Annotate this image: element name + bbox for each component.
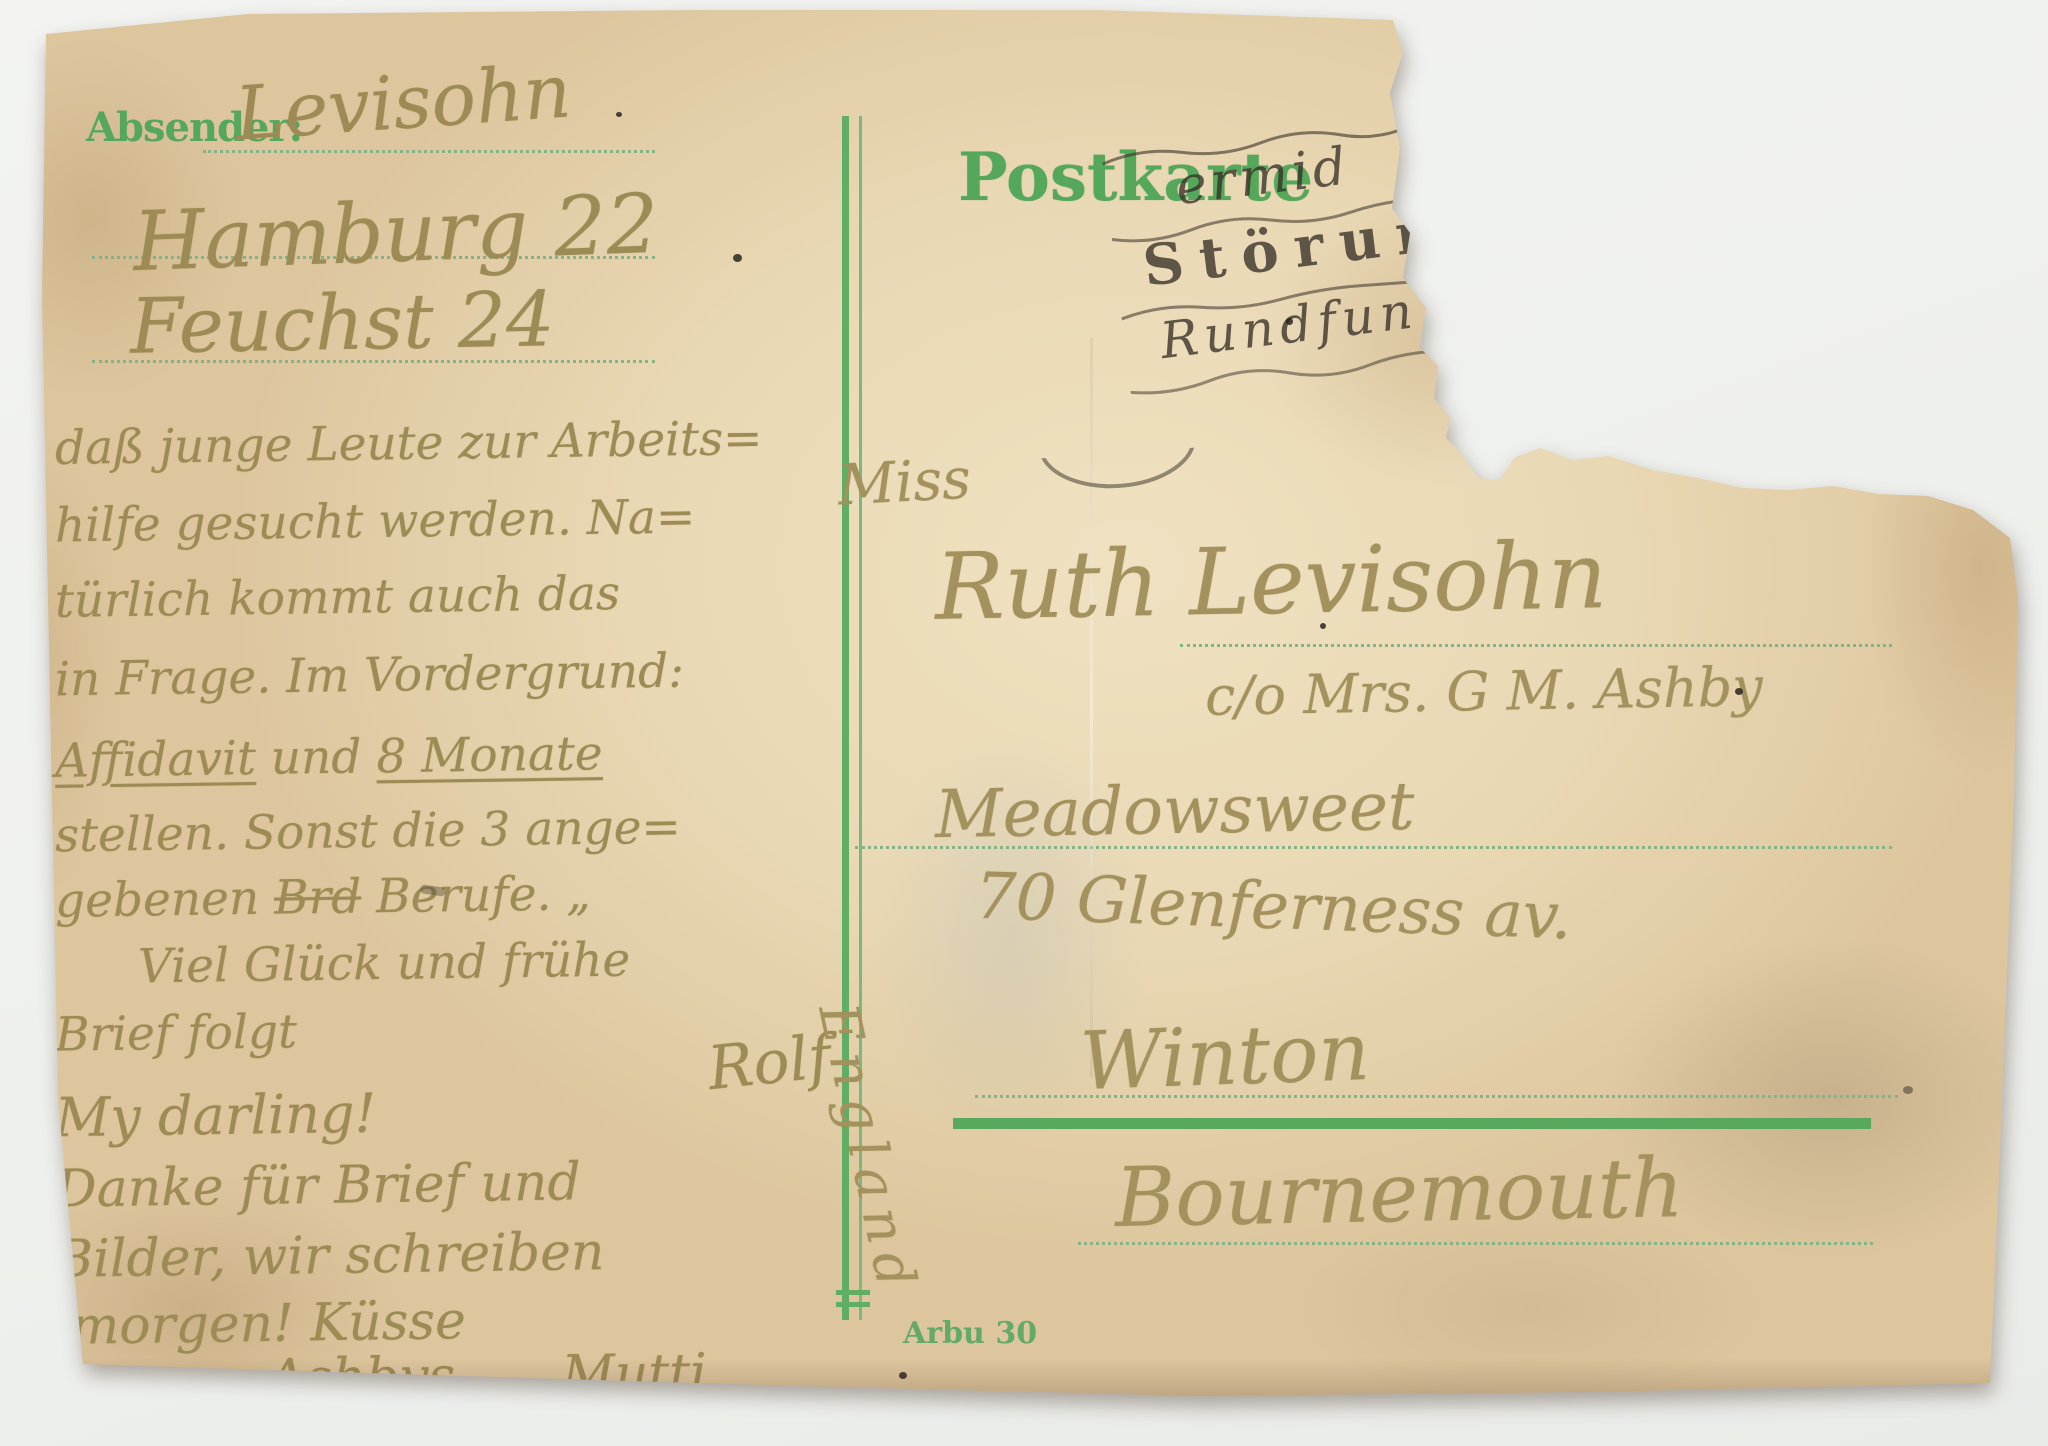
ink-smear [1477, 433, 1535, 462]
message-word: gebenen [55, 871, 275, 929]
address-dotted-line-1 [1180, 644, 1892, 647]
ink-speck [733, 254, 742, 262]
ink-speck [1735, 688, 1743, 695]
scan-background: { "card": { "title": "Postkarte", "impri… [0, 0, 2048, 1446]
printer-imprint: Arbu 30 [903, 1316, 1037, 1351]
postmark-date-circle-arc [1035, 391, 1199, 494]
message-line: türlich kommt auch das [55, 566, 621, 629]
closing-word: Ashbys. [268, 1346, 472, 1409]
message-line-berufe: gebenen Brd Berufe. „ [55, 866, 591, 928]
address-recipient-name: Ruth Levisohn [934, 522, 1608, 641]
signature-mutti: Mutti. [561, 1343, 724, 1405]
crossed-out-word: Brd [274, 869, 362, 925]
ink-speck [1286, 318, 1293, 325]
address-street: 70 Glenferness av. [974, 860, 1573, 955]
address-care-of: c/o Mrs. G M. Ashby [1204, 655, 1763, 728]
message-line: stellen. Sonst die 3 ange= [55, 800, 682, 864]
address-city: Bournemouth [1114, 1141, 1684, 1246]
message-word: und [255, 729, 376, 786]
message-line: Bilder, wir schreiben [55, 1222, 605, 1290]
ink-speck [1903, 1086, 1913, 1094]
address-country-vertical: England [806, 998, 929, 1302]
ink-speck [899, 1372, 907, 1379]
sender-name-handwriting: Levisohn [232, 48, 573, 157]
divider-end-dash [836, 1302, 870, 1307]
message-line: Viel Glück und frühe [138, 933, 631, 995]
sender-street-handwriting: Feuchst 24 [129, 274, 555, 370]
address-district: Winton [1078, 1005, 1371, 1108]
paper-crease [1090, 338, 1093, 1078]
ink-speck [1320, 623, 1326, 629]
message-closing-line: Ashbys.Mutti. [268, 1343, 724, 1409]
address-salutation: Miss [836, 447, 972, 519]
message-line: My darling! [55, 1082, 377, 1149]
address-solid-green-line [953, 1118, 1871, 1129]
postcard-wrapper: Absender: Postkarte Arbu 30 ermid Störun… [30, 8, 2022, 1408]
postcard: Absender: Postkarte Arbu 30 ermid Störun… [30, 8, 2022, 1404]
underlined-word: Affidavit [55, 731, 257, 789]
message-line: Danke für Brief und [55, 1152, 581, 1219]
message-line: daß junge Leute zur Arbeits= [55, 411, 763, 476]
address-house-name: Meadowsweet [934, 768, 1415, 853]
message-line: in Frage. Im Vordergrund: [55, 644, 685, 708]
message-word: Berufe. „ [361, 866, 591, 924]
message-line-affidavit: Affidavit und 8 Monate [55, 726, 603, 789]
message-line: Brief folgt [55, 1004, 298, 1062]
message-line: hilfe gesucht werden. Na= [55, 490, 696, 554]
underlined-word: 8 Monate [376, 726, 603, 784]
ink-speck [616, 112, 622, 117]
sender-city-handwriting: Hamburg 22 [132, 177, 661, 290]
